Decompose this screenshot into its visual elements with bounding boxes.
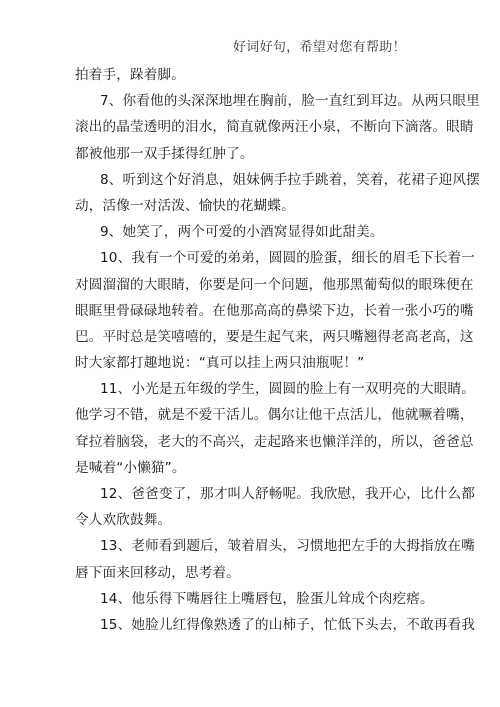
text-line: 11、小光是五年级的学生，圆圆的脸上有一双明亮的大眼睛。	[75, 376, 427, 402]
text-line: 10、我有一个可爱的弟弟，圆圆的脸蛋，细长的眉毛下长着一	[75, 245, 427, 271]
text-line: 14、他乐得下嘴唇往上嘴唇包，脸蛋儿耸成个肉疙瘩。	[75, 586, 427, 612]
text-line: 唇下面来回移动，思考着。	[75, 560, 427, 586]
text-line: 都被他那一双手揉得红肿了。	[75, 141, 427, 167]
text-line: 他学习不错，就是不爱干活儿。偶尔让他干点活儿，他就噘着嘴，	[75, 402, 427, 428]
text-line: 7、你看他的头深深地埋在胸前，脸一直红到耳边。从两只眼里	[75, 88, 427, 114]
text-line: 拍着手，跺着脚。	[75, 62, 427, 88]
text-line: 8、听到这个好消息，姐妹俩手拉手跳着，笑着，花裙子迎风摆	[75, 167, 427, 193]
document-body: 拍着手，跺着脚。 7、你看他的头深深地埋在胸前，脸一直红到耳边。从两只眼里 滚出…	[75, 62, 427, 638]
text-line: 时大家都打趣地说：“真可以挂上两只油瓶呢！”	[75, 350, 427, 376]
text-line: 12、爸爸变了，那才叫人舒畅呢。我欣慰，我开心，比什么都	[75, 481, 427, 507]
text-line: 耷拉着脑袋，老大的不高兴，走起路来也懒洋洋的，所以，爸爸总	[75, 429, 427, 455]
text-line: 眼眶里骨碌碌地转着。在他那高高的鼻梁下边，长着一张小巧的嘴	[75, 298, 427, 324]
text-line: 是喊着“小懒猫”。	[75, 455, 427, 481]
text-line: 令人欢欣鼓舞。	[75, 507, 427, 533]
text-line: 15、她脸儿红得像熟透了的山柿子，忙低下头去，不敢再看我	[75, 612, 427, 638]
text-line: 滚出的晶莹透明的泪水，简直就像两汪小泉，不断向下滴落。眼睛	[75, 114, 427, 140]
text-line: 动，活像一对活泼、愉快的花蝴蝶。	[75, 193, 427, 219]
text-line: 对圆溜溜的大眼睛，你要是问一个问题，他那黑葡萄似的眼珠便在	[75, 272, 427, 298]
text-line: 巴。平时总是笑嘻嘻的，要是生起气来，两只嘴翘得老高老高，这	[75, 324, 427, 350]
page-header: 好词好句，希望对您有帮助！	[233, 36, 406, 55]
text-line: 13、老师看到题后，皱着眉头，习惯地把左手的大拇指放在嘴	[75, 533, 427, 559]
text-line: 9、她笑了，两个可爱的小酒窝显得如此甜美。	[75, 219, 427, 245]
